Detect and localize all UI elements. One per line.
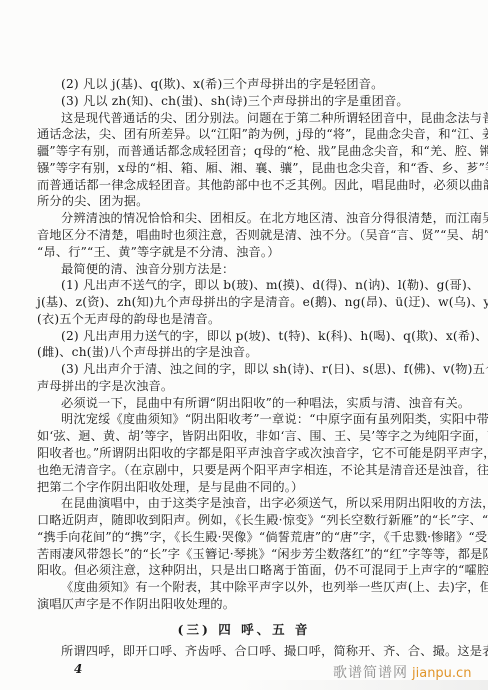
section-heading: (三) 四 呼、五 音	[0, 620, 488, 638]
text-line: 演唱仄声字是不作阴出阳收处理的。	[37, 596, 453, 612]
text-line: “昂、行”“王、黄”等字就是不分清、浊音。）	[37, 244, 453, 260]
text-line: 如‘弦、迴、黄、胡’等字，皆阴出阳收，非如‘言、围、王、吴’等字之为纯阳字面，而…	[37, 428, 453, 444]
text-line: (雌)、ch(蚩)八个声母拼出的字是浊音。	[37, 344, 453, 360]
text-line: 也绝无清音字。（在京剧中，只要是两个阳平声字相连，不论其是清音还是浊音，往往	[37, 462, 453, 478]
document-page: (2) 凡以 j(基)、q(欺)、x(希)三个声母拼出的字是轻团音。(3) 凡以…	[0, 0, 488, 690]
text-line: 最简便的清、浊音分别方法是：	[61, 261, 453, 277]
text-line: (1) 凡出声不送气的字，即以 b(玻)、m(摸)、d(得)、n(讷)、l(勒)…	[61, 277, 453, 293]
text-line: 阳收。但必须注意，这种阴出，只是出口略离于笛面，仍不可混同于上声字的“嚯腔”。	[37, 562, 453, 578]
page-number: 4	[74, 662, 82, 676]
text-line: (2) 凡以 j(基)、q(欺)、x(希)三个声母拼出的字是轻团音。	[61, 76, 453, 92]
text-line: (3) 凡出声介于清、浊之间的字，即以 sh(诗)、r(日)、s(思)、f(佛)…	[61, 361, 453, 377]
text-line: 镪”等字有别，x母的“相、箱、厢、湘、襄、骧”，昆曲也念尖音，和“香、乡、芗”等…	[37, 160, 453, 176]
watermark-latin: jianpu.cn	[412, 666, 471, 681]
text-line: 这是现代普通话的尖、团分别法。问题在于第二种所谓轻团音中，昆曲念法与普	[61, 110, 453, 126]
text-line: 明沈宠绥《度曲须知》“阴出阳收考”一章说：“中原字面有虽列阳类，实阳中带阴，	[61, 411, 453, 427]
watermark: 歌谱简谱网jianpu.cn	[333, 662, 471, 682]
text-line: 口略近阴声，随即收到阳声。例如，《长生殿·惊变》“列长空数行新雁”的“长”字、“…	[37, 512, 453, 528]
text-line: 苦雨凄风带怨长”的“长”字《玉簪记·琴挑》“闲步芳尘数落红”的“红”字等等，都是…	[37, 546, 453, 562]
text-line: (2) 凡出声用力送气的字，即以 p(坡)、t(特)、k(科)、h(喝)、q(欺…	[61, 328, 453, 344]
text-line: 音地区分不清楚，唱曲时也须注意，否则就是清、浊不分。（吴音“言、贤”“吴、胡”	[37, 227, 453, 243]
text-line: (3) 凡以 zh(知)、ch(蚩)、sh(诗)三个声母拼出的字是重团音。	[61, 93, 453, 109]
text-line: j(基)、z(资)、zh(知)九个声母拼出的字是清音。e(鹅)、ng(昂)、ü(…	[37, 294, 453, 310]
text-line: 声母拼出的字是次浊音。	[37, 378, 453, 394]
final-line: 所谓四呼，即开口呼、齐齿呼、合口呼、撮口呼，简称开、齐、合、撮。这是表示发音	[61, 643, 453, 659]
text-line: 而普通话都一律念成轻团音。其他韵部中也不乏其例。因此，唱昆曲时，必须以曲韵	[37, 177, 453, 193]
text-line: 所分的尖、团为据。	[37, 193, 453, 209]
text-line: 疆”等字有别，而普通话都念成轻团音；q母的“枪、戕”昆曲念尖音，和“羌、腔、锵、	[37, 143, 453, 159]
text-line: “携手向花间”的“携”字，《长生殿·哭像》“倘誓荒唐”的“唐”字，《千忠戮·惨睹…	[37, 529, 453, 545]
text-line: 在昆曲演唱中，由于这类字是浊音，出字必须送气，所以采用阴出阳收的方法，出	[61, 495, 453, 511]
text-line: 必须说一下，昆曲中有所谓“阴出阳收”的一种唱法，实质与清、浊音有关。	[61, 395, 453, 411]
text-line: 通话念法，尖、团有所差异。以“江阳”韵为例，j母的“将”，昆曲念尖音，和“江、姜…	[37, 126, 453, 142]
text-line: 把第二个字作阴出阳收处理，是与昆曲不同的。）	[37, 479, 453, 495]
watermark-cn: 歌谱简谱网	[333, 665, 408, 681]
text-line: 《度曲须知》有一个附表，其中除平声字以外，也列举一些仄声(上、去)字，但一般	[61, 579, 453, 595]
text-line: 分辨清浊的情况恰恰和尖、团相反。在北方地区清、浊音分得很清楚，而江南吴	[61, 210, 453, 226]
text-line: 阳收者也。”所谓阴出阳收的字都是阳平声浊音字或次浊音字，它不可能是阴平声字，	[37, 445, 453, 461]
text-line: (衣)五个无声母的韵母也是清音。	[37, 311, 453, 327]
